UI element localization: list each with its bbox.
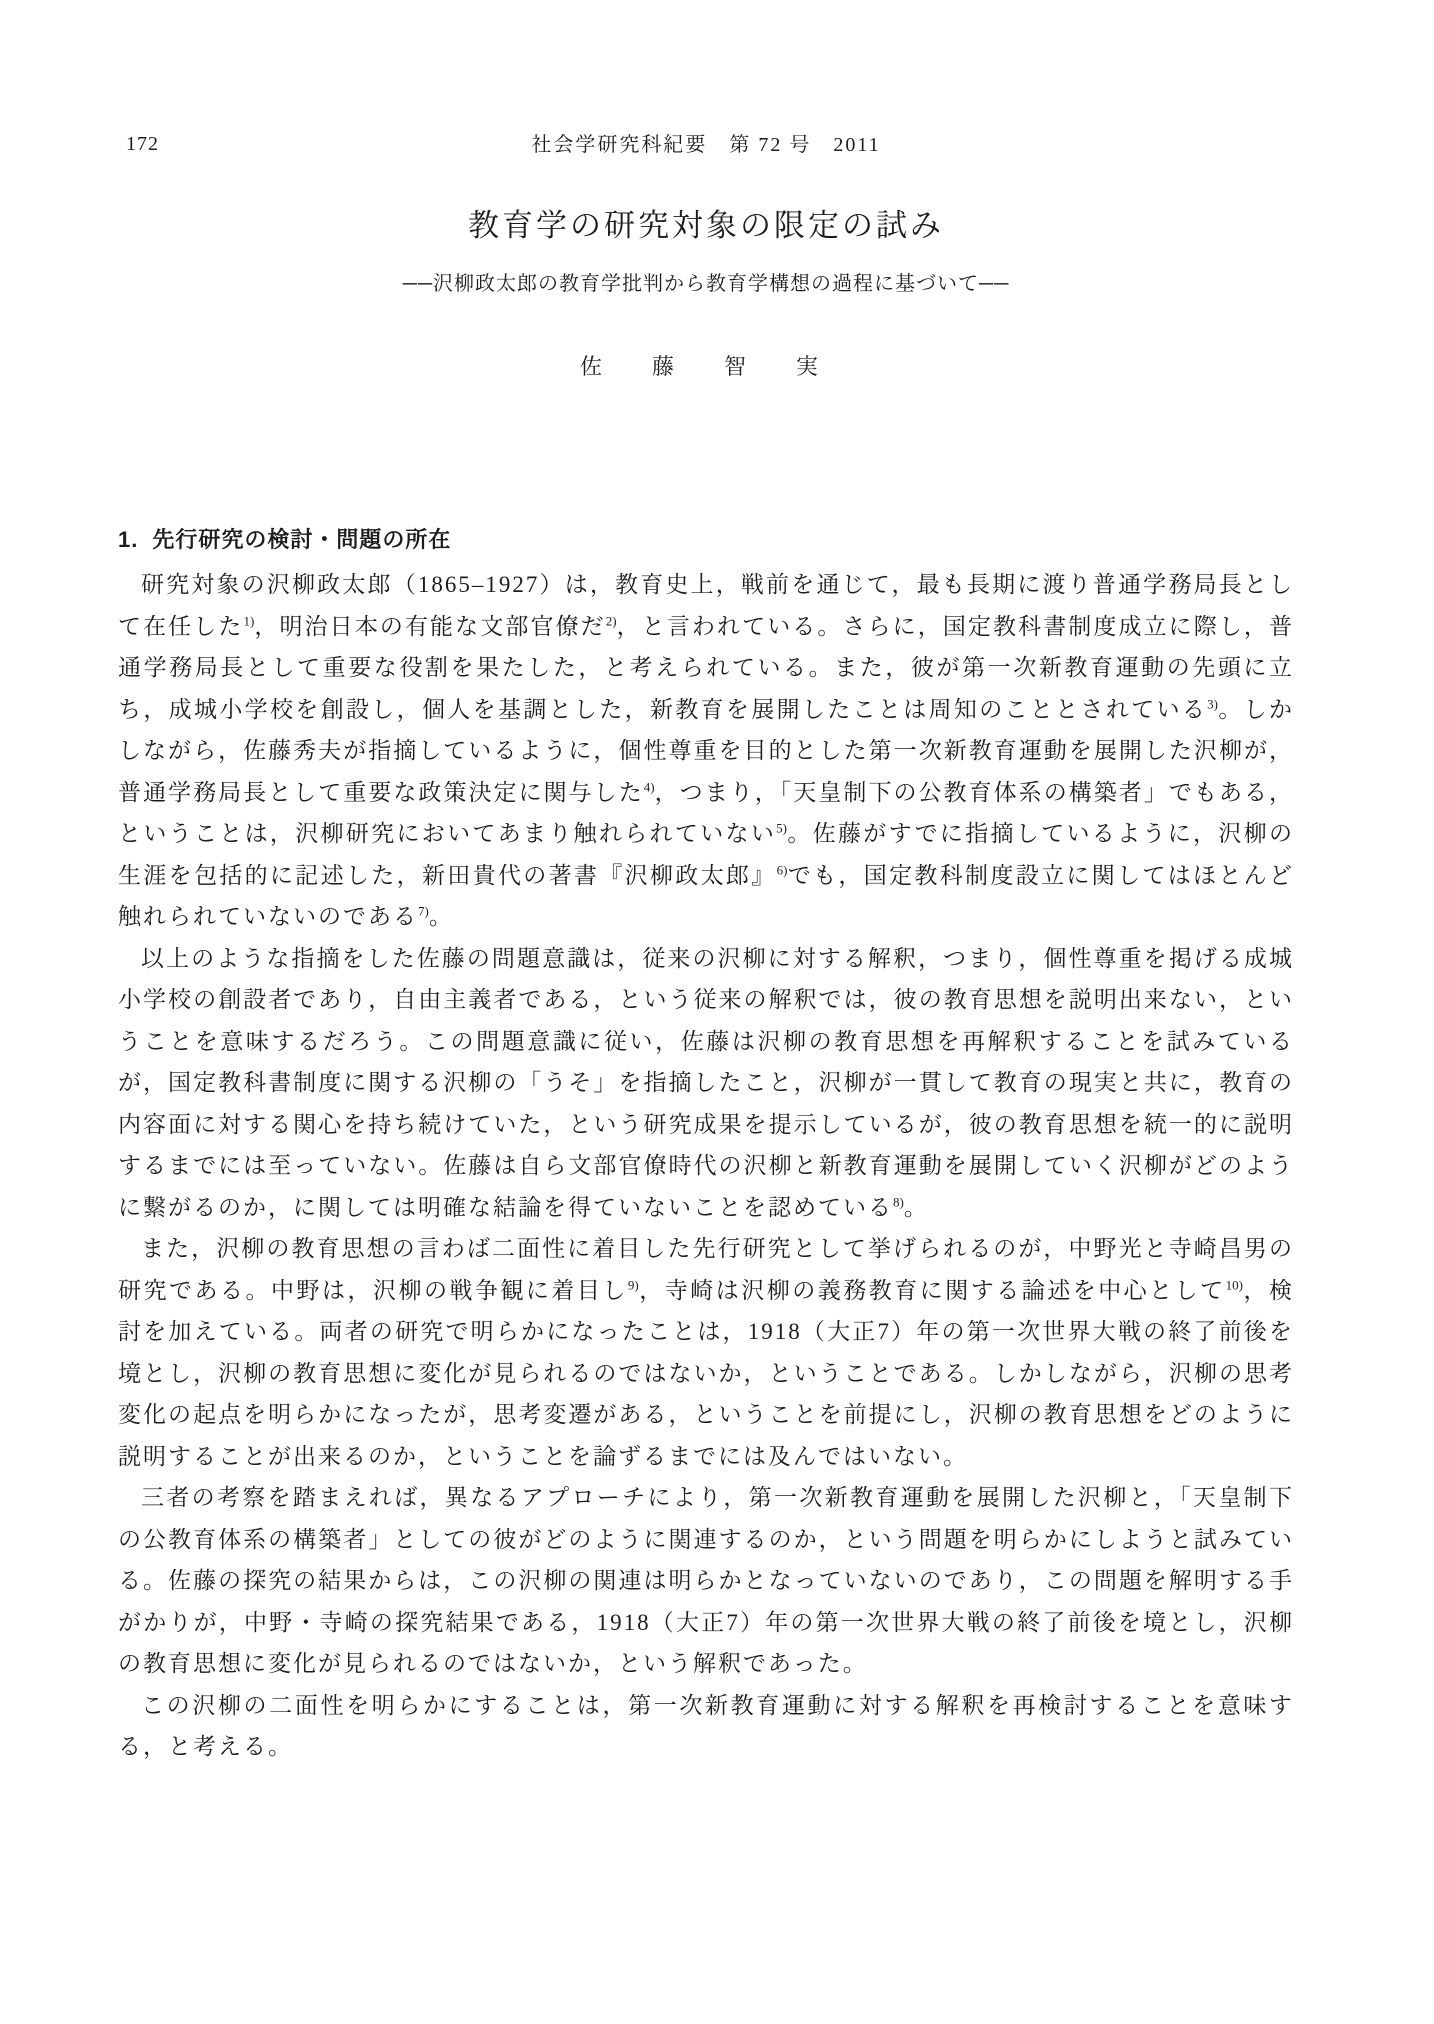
footnote-ref: 5)	[776, 820, 787, 835]
author-name: 佐 藤 智 実	[118, 350, 1294, 381]
article-title: 教育学の研究対象の限定の試み	[118, 200, 1294, 245]
section-heading: 1.先行研究の検討・問題の所在	[118, 523, 1294, 554]
footnote-ref: 8)	[893, 1194, 904, 1209]
footnote-ref: 4)	[644, 779, 655, 794]
paragraph: この沢柳の二面性を明らかにすることは，第一次新教育運動に対する解釈を再検討するこ…	[118, 1685, 1294, 1768]
paragraph: 研究対象の沢柳政太郎（1865–1927）は，教育史上，戦前を通じて，最も長期に…	[118, 564, 1294, 938]
footnote-ref: 1)	[243, 613, 254, 628]
article-subtitle: ──沢柳政太郎の教育学批判から教育学構想の過程に基づいて──	[118, 267, 1294, 296]
footnote-ref: 3)	[1207, 696, 1218, 711]
article-body: 研究対象の沢柳政太郎（1865–1927）は，教育史上，戦前を通じて，最も長期に…	[118, 564, 1294, 1768]
footnote-ref: 10)	[1226, 1277, 1243, 1292]
paragraph: 三者の考察を踏まえれば，異なるアプローチにより，第一次新教育運動を展開した沢柳と…	[118, 1477, 1294, 1685]
footnote-ref: 6)	[777, 862, 788, 877]
page-number: 172	[126, 133, 159, 156]
footnote-ref: 7)	[418, 903, 429, 918]
footnote-ref: 2)	[606, 613, 617, 628]
journal-title: 社会学研究科紀要 第 72 号 2011	[118, 128, 1294, 157]
footnote-ref: 9)	[628, 1277, 639, 1292]
section-number: 1.	[118, 527, 138, 552]
section-heading-text: 先行研究の検討・問題の所在	[152, 527, 451, 552]
paragraph: 以上のような指摘をした佐藤の問題意識は，従来の沢柳に対する解釈，つまり，個性尊重…	[118, 938, 1294, 1229]
page-content: 172 社会学研究科紀要 第 72 号 2011 教育学の研究対象の限定の試み …	[118, 0, 1294, 1768]
page-header: 172 社会学研究科紀要 第 72 号 2011	[118, 0, 1294, 156]
scanned-paper-page: 172 社会学研究科紀要 第 72 号 2011 教育学の研究対象の限定の試み …	[0, 0, 1434, 2024]
paragraph: また，沢柳の教育思想の言わば二面性に着目した先行研究として挙げられるのが，中野光…	[118, 1228, 1294, 1477]
